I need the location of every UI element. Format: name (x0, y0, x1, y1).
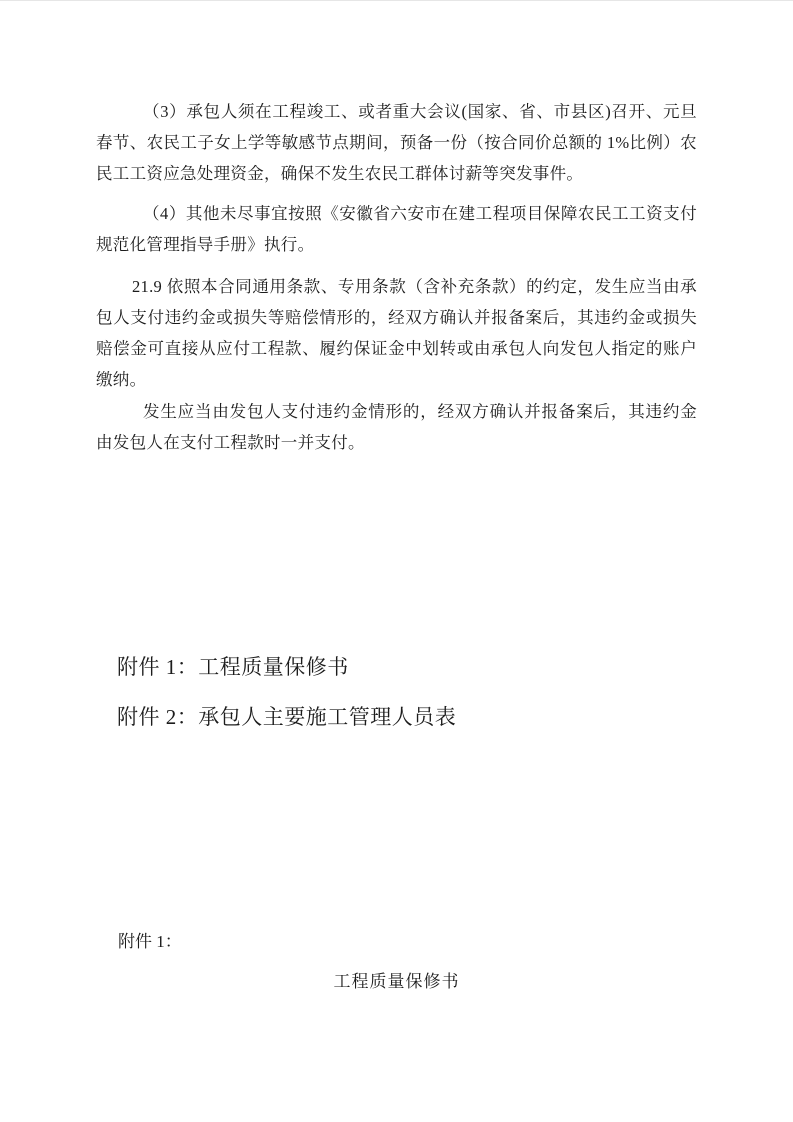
document-page: （3）承包人须在工程竣工、或者重大会议(国家、省、市县区)召开、元旦春节、农民工… (0, 0, 793, 1122)
paragraph-clause-3: （3）承包人须在工程竣工、或者重大会议(国家、省、市县区)召开、元旦春节、农民工… (96, 96, 697, 189)
attachment-1-section-label: 附件 1： (118, 929, 182, 955)
attachment-list-item-1: 附件 1：工程质量保修书 (117, 650, 349, 684)
attachment-list-item-2: 附件 2：承包人主要施工管理人员表 (117, 700, 456, 734)
paragraph-clause-21-9: 21.9 依照本合同通用条款、专用条款（含补充条款）的约定，发生应当由承包人支付… (96, 271, 697, 395)
attachment-1-section-title: 工程质量保修书 (96, 969, 697, 995)
paragraph-employer-penalty: 发生应当由发包人支付违约金情形的，经双方确认并报备案后，其违约金由发包人在支付工… (96, 396, 697, 458)
paragraph-clause-4: （4）其他未尽事宜按照《安徽省六安市在建工程项目保障农民工工资支付规范化管理指导… (96, 198, 697, 260)
